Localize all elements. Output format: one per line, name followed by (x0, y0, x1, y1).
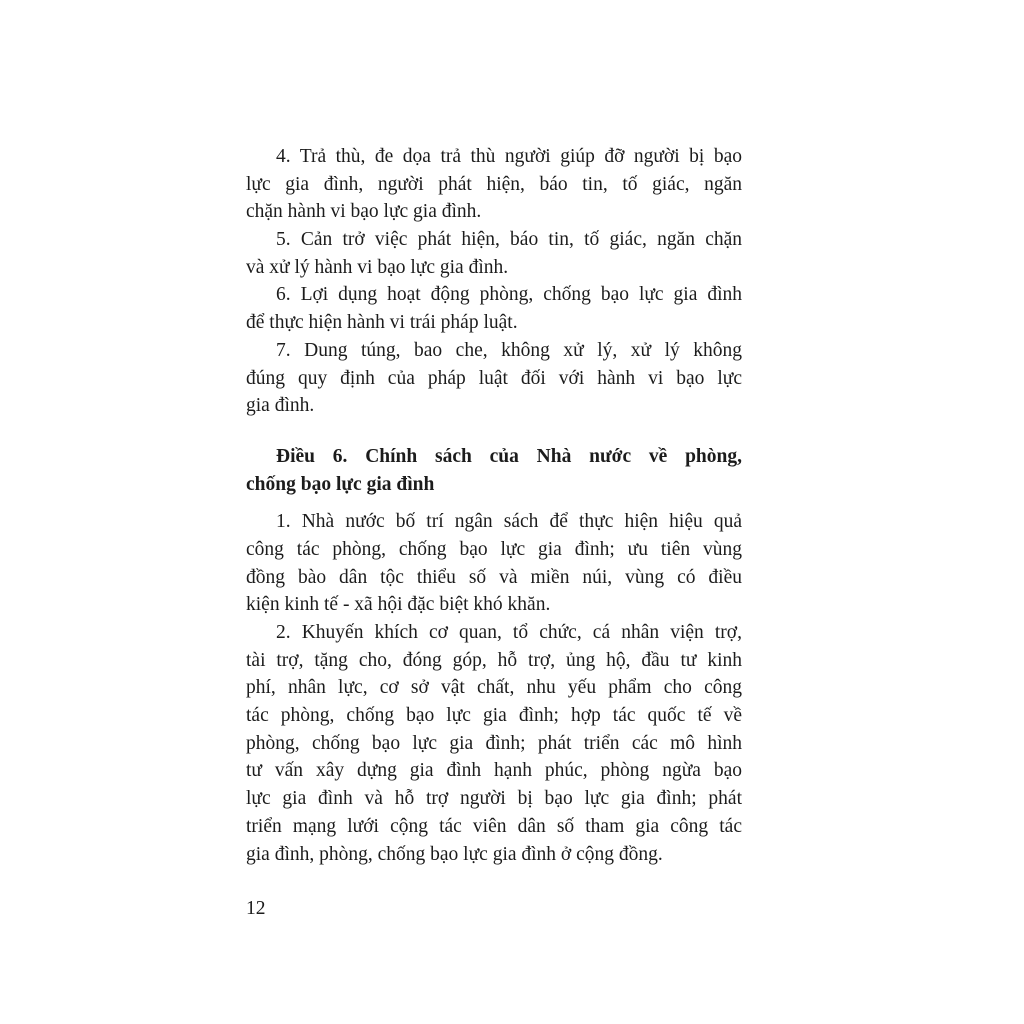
text-line: phòng, chống bạo lực gia đình; phát triể… (246, 730, 742, 758)
text-line: đúng quy định của pháp luật đối với hành… (246, 365, 742, 393)
spacer (246, 420, 742, 443)
text-line: kiện kinh tế - xã hội đặc biệt khó khăn. (246, 591, 742, 619)
list-item-6: 6. Lợi dụng hoạt động phòng, chống bạo l… (246, 281, 742, 336)
text-line: 4. Trả thù, đe dọa trả thù người giúp đỡ… (246, 143, 742, 171)
text-line: và xử lý hành vi bạo lực gia đình. (246, 254, 742, 282)
text-line: chặn hành vi bạo lực gia đình. (246, 198, 742, 226)
text-line: đồng bào dân tộc thiểu số và miền núi, v… (246, 564, 742, 592)
text-line: tư vấn xây dựng gia đình hạnh phúc, phòn… (246, 757, 742, 785)
text-line: công tác phòng, chống bạo lực gia đình; … (246, 536, 742, 564)
heading-line: chống bạo lực gia đình (246, 471, 742, 499)
text-line: lực gia đình và hỗ trợ người bị bạo lực … (246, 785, 742, 813)
text-line: tài trợ, tặng cho, đóng góp, hỗ trợ, ủng… (246, 647, 742, 675)
spacer (246, 498, 742, 508)
list-item-5: 5. Cản trở việc phát hiện, báo tin, tố g… (246, 226, 742, 281)
text-line: 2. Khuyến khích cơ quan, tổ chức, cá nhâ… (246, 619, 742, 647)
text-line: tác phòng, chống bạo lực gia đình; hợp t… (246, 702, 742, 730)
text-line: lực gia đình, người phát hiện, báo tin, … (246, 171, 742, 199)
list-item-4: 4. Trả thù, đe dọa trả thù người giúp đỡ… (246, 143, 742, 226)
book-page-body: 4. Trả thù, đe dọa trả thù người giúp đỡ… (246, 143, 742, 868)
article-item-2: 2. Khuyến khích cơ quan, tổ chức, cá nhâ… (246, 619, 742, 868)
text-line: 1. Nhà nước bố trí ngân sách để thực hiệ… (246, 508, 742, 536)
list-item-7: 7. Dung túng, bao che, không xử lý, xử l… (246, 337, 742, 420)
text-line: 5. Cản trở việc phát hiện, báo tin, tố g… (246, 226, 742, 254)
text-line: 6. Lợi dụng hoạt động phòng, chống bạo l… (246, 281, 742, 309)
text-line: triển mạng lưới cộng tác viên dân số tha… (246, 813, 742, 841)
article-heading: Điều 6. Chính sách của Nhà nước về phòng… (246, 443, 742, 498)
text-line: gia đình. (246, 392, 742, 420)
text-line: phí, nhân lực, cơ sở vật chất, nhu yếu p… (246, 674, 742, 702)
text-line: để thực hiện hành vi trái pháp luật. (246, 309, 742, 337)
heading-line: Điều 6. Chính sách của Nhà nước về phòng… (246, 443, 742, 471)
article-item-1: 1. Nhà nước bố trí ngân sách để thực hiệ… (246, 508, 742, 619)
text-line: gia đình, phòng, chống bạo lực gia đình … (246, 841, 742, 869)
page-number: 12 (246, 898, 266, 920)
text-line: 7. Dung túng, bao che, không xử lý, xử l… (246, 337, 742, 365)
